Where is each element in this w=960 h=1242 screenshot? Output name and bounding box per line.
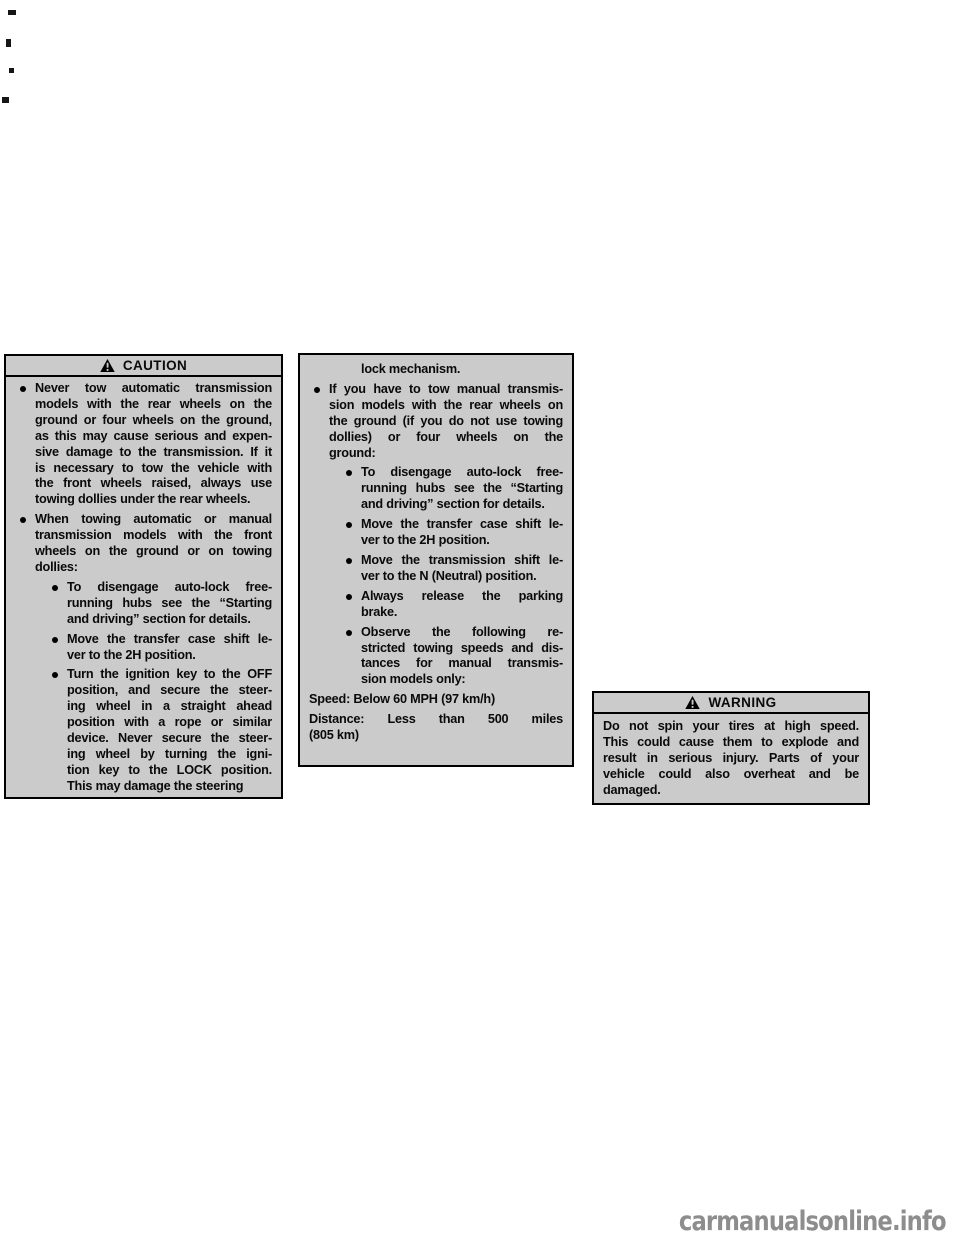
text-line: Always release the parking	[361, 589, 563, 605]
sub-bullet-item: Always release the parkingbrake.	[309, 589, 563, 621]
text-line: If you have to tow manual transmis-	[329, 382, 563, 398]
warning-header: WARNING	[594, 693, 868, 714]
text-line: result in serious injury. Parts of your	[603, 751, 859, 767]
text-line: ver to the 2H position.	[361, 533, 563, 549]
bullet-dot-icon	[346, 522, 352, 528]
scan-artifact	[9, 68, 14, 73]
text-line: This may damage the steering	[67, 779, 272, 795]
scan-artifact	[8, 10, 16, 15]
text-line: ver to the N (Neutral) position.	[361, 569, 563, 585]
text-line: Turn the ignition key to the OFF	[67, 667, 272, 683]
text-line: stricted towing speeds and dis-	[361, 641, 563, 657]
bullet-dot-icon	[346, 558, 352, 564]
text-line: and driving” section for details.	[361, 497, 563, 513]
text-line: Speed: Below 60 MPH (97 km/h)	[309, 692, 563, 708]
caution-body: Never tow automatic transmissionmodels w…	[6, 377, 281, 799]
text-line: This could cause them to explode and	[603, 735, 859, 751]
caution-header: CAUTION	[6, 356, 281, 377]
caution-header-label: CAUTION	[123, 358, 187, 373]
text-line: tion key to the LOCK position.	[67, 763, 272, 779]
text-line: models with the rear wheels on the	[35, 397, 272, 413]
text-item: Distance: Less than 500 miles(805 km)	[309, 712, 563, 744]
watermark-text: carmanualsonline.info	[679, 1206, 946, 1237]
text-line: (805 km)	[309, 728, 563, 744]
sub-bullet-item: To disengage auto-lock free-running hubs…	[309, 465, 563, 513]
text-line: To disengage auto-lock free-	[361, 465, 563, 481]
bullet-dot-icon	[20, 517, 26, 523]
bullet-dot-icon	[52, 585, 58, 591]
text-line: as this may cause serious and expen-	[35, 429, 272, 445]
text-line: wheels on the ground or on towing	[35, 544, 272, 560]
warning-box: WARNING Do not spin your tires at high s…	[592, 691, 870, 805]
text-line: When towing automatic or manual	[35, 512, 272, 528]
text-item: lock mechanism.	[309, 362, 563, 378]
warning-triangle-icon	[685, 696, 700, 709]
sub-bullet-item: Move the transfer case shift le-ver to t…	[15, 632, 272, 664]
sub-bullet-item: Move the transfer case shift le-ver to t…	[309, 517, 563, 549]
text-line: Do not spin your tires at high speed.	[603, 719, 859, 735]
text-line: ing wheel in a straight ahead	[67, 699, 272, 715]
text-line: sive damage to the transmission. If it	[35, 445, 272, 461]
bullet-dot-icon	[346, 630, 352, 636]
text-line: dollies:	[35, 560, 272, 576]
text-line: the ground (if you do not use towing	[329, 414, 563, 430]
text-line: device. Never secure the steer-	[67, 731, 272, 747]
text-line: Move the transfer case shift le-	[361, 517, 563, 533]
sub-bullet-item: Turn the ignition key to the OFFposition…	[15, 667, 272, 794]
text-line: ver to the 2H position.	[67, 648, 272, 664]
text-line: lock mechanism.	[361, 362, 563, 378]
text-line: To disengage auto-lock free-	[67, 580, 272, 596]
text-line: ing wheel by turning the igni-	[67, 747, 272, 763]
warning-body: Do not spin your tires at high speed.Thi…	[594, 714, 868, 803]
text-line: towing dollies under the rear wheels.	[35, 492, 272, 508]
text-line: Distance: Less than 500 miles	[309, 712, 563, 728]
bullet-dot-icon	[346, 594, 352, 600]
bullet-dot-icon	[346, 470, 352, 476]
manual-scan-page: CAUTION Never tow automatic transmission…	[0, 0, 960, 1242]
text-line: running hubs see the “Starting	[67, 596, 272, 612]
towing-continuation-box: lock mechanism.If you have to tow manual…	[298, 353, 574, 767]
text-line: position with a rope or similar	[67, 715, 272, 731]
text-line: position, and secure the steer-	[67, 683, 272, 699]
text-line: running hubs see the “Starting	[361, 481, 563, 497]
warning-triangle-icon	[100, 359, 115, 372]
text-item: Do not spin your tires at high speed.Thi…	[603, 719, 859, 799]
text-line: Move the transmission shift le-	[361, 553, 563, 569]
caution-box: CAUTION Never tow automatic transmission…	[4, 354, 283, 799]
text-line: Never tow automatic transmission	[35, 381, 272, 397]
text-line: dollies) or four wheels on the	[329, 430, 563, 446]
text-line: transmission models with the front	[35, 528, 272, 544]
bullet-dot-icon	[20, 386, 26, 392]
text-line: tances for manual transmis-	[361, 656, 563, 672]
scan-artifact	[2, 97, 9, 103]
text-line: brake.	[361, 605, 563, 621]
text-line: ground:	[329, 446, 563, 462]
scan-artifact	[6, 39, 11, 47]
bullet-item: Never tow automatic transmissionmodels w…	[15, 381, 272, 508]
text-line: and driving” section for details.	[67, 612, 272, 628]
text-line: vehicle could also overheat and be	[603, 767, 859, 783]
warning-header-label: WARNING	[708, 695, 776, 710]
bullet-dot-icon	[314, 387, 320, 393]
sub-bullet-item: Observe the following re-stricted towing…	[309, 625, 563, 689]
text-line: the front wheels raised, always use	[35, 476, 272, 492]
text-line: ground or four wheels on the ground,	[35, 413, 272, 429]
text-line: Move the transfer case shift le-	[67, 632, 272, 648]
sub-bullet-item: To disengage auto-lock free-running hubs…	[15, 580, 272, 628]
bullet-dot-icon	[52, 672, 58, 678]
bullet-item: When towing automatic or manualtransmiss…	[15, 512, 272, 576]
text-line: damaged.	[603, 783, 859, 799]
bullet-item: If you have to tow manual transmis-sion …	[309, 382, 563, 462]
text-line: is necessary to tow the vehicle with	[35, 461, 272, 477]
text-line: Observe the following re-	[361, 625, 563, 641]
text-line: sion models with the rear wheels on	[329, 398, 563, 414]
text-item: Speed: Below 60 MPH (97 km/h)	[309, 692, 563, 708]
continuation-body: lock mechanism.If you have to tow manual…	[300, 355, 572, 748]
text-line: sion models only:	[361, 672, 563, 688]
bullet-dot-icon	[52, 637, 58, 643]
sub-bullet-item: Move the transmission shift le-ver to th…	[309, 553, 563, 585]
